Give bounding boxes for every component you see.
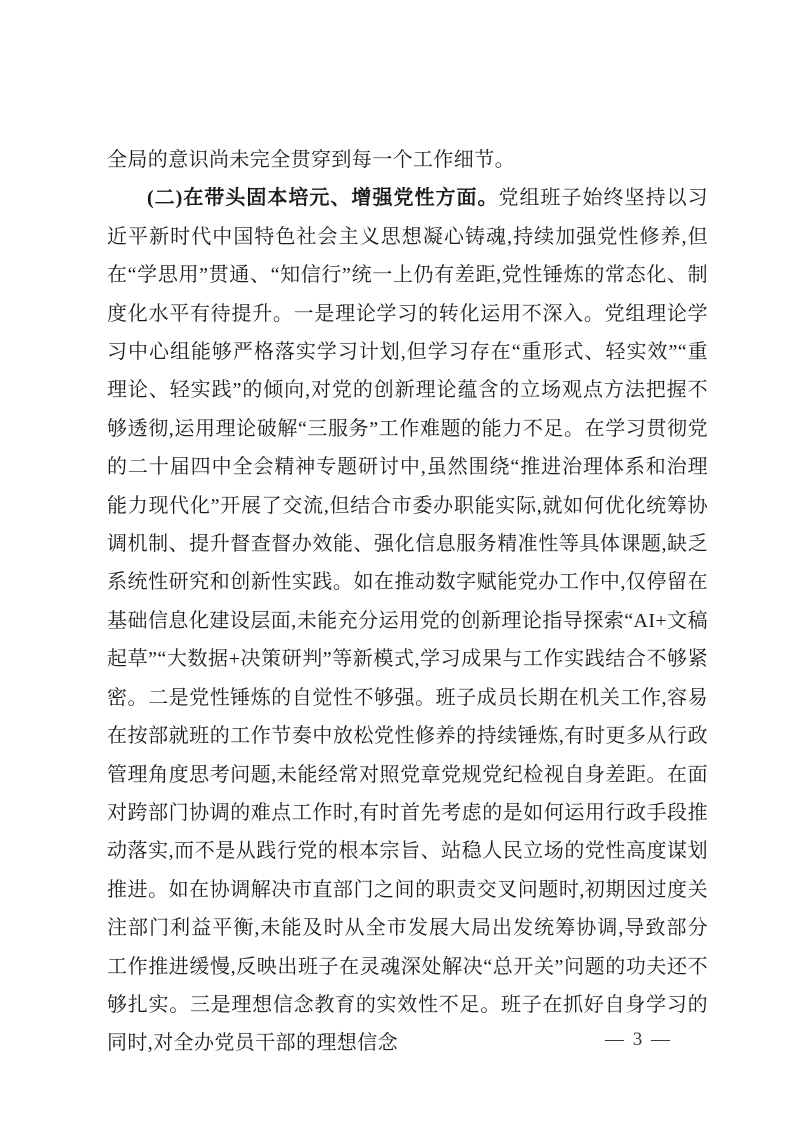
document-page: 全局的意识尚未完全贯穿到每一个工作细节。 (二)在带头固本培元、增强党性方面。党… xyxy=(0,0,793,1122)
section-heading: (二)在带头固本培元、增强党性方面。 xyxy=(147,187,499,209)
section-body-text: 党组班子始终坚持以习近平新时代中国特色社会主义思想凝心铸魂,持续加强党性修养,但… xyxy=(107,187,708,1054)
page-number: — 3 — xyxy=(605,1028,672,1052)
document-body: 全局的意识尚未完全贯穿到每一个工作细节。 (二)在带头固本培元、增强党性方面。党… xyxy=(107,141,708,1063)
paragraph-continuation: 全局的意识尚未完全贯穿到每一个工作细节。 xyxy=(107,141,708,179)
section-paragraph: (二)在带头固本培元、增强党性方面。党组班子始终坚持以习近平新时代中国特色社会主… xyxy=(107,179,708,1062)
